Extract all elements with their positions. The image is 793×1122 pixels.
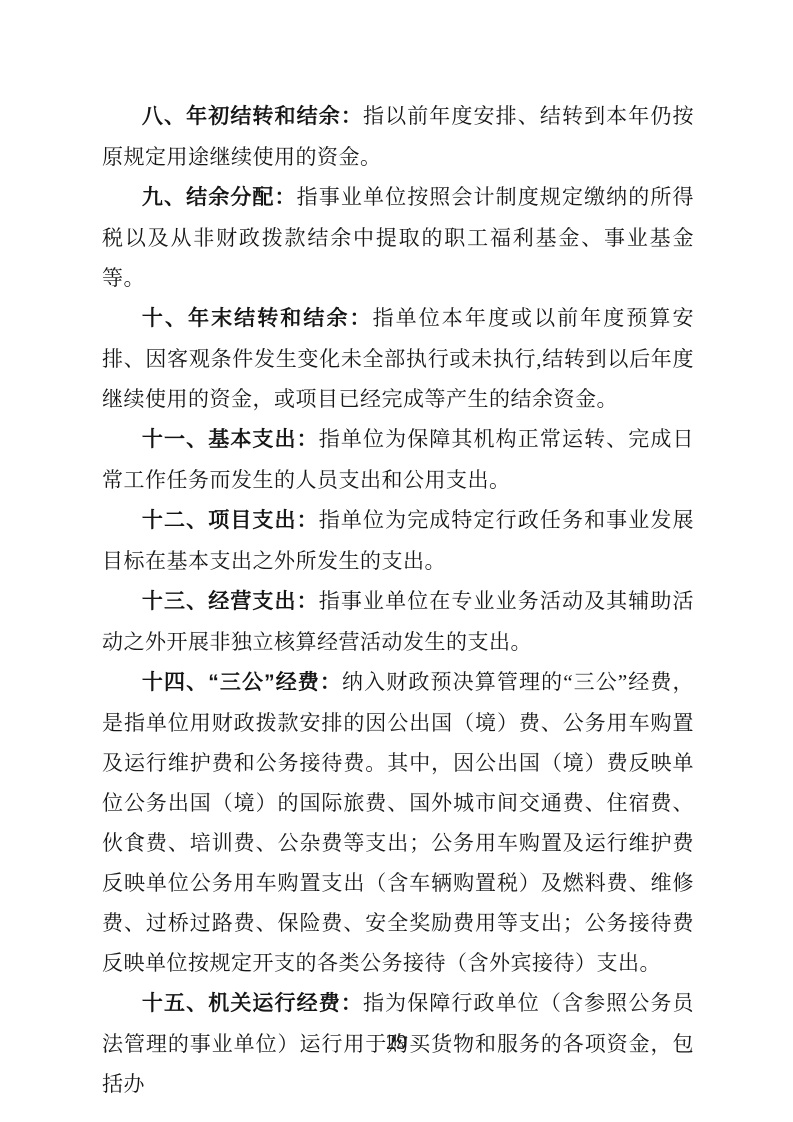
term-label-11: 十一、基本支出： bbox=[142, 428, 319, 451]
document-page: 八、年初结转和结余：指以前年度安排、结转到本年仍按原规定用途继续使用的资金。 九… bbox=[0, 0, 793, 1122]
definition-item-12: 十二、项目支出：指单位为完成特定行政任务和事业发展目标在基本支出之外所发生的支出… bbox=[102, 500, 694, 581]
term-label-15: 十五、机关运行经费： bbox=[142, 992, 363, 1015]
term-label-14: 十四、“三公”经费： bbox=[142, 671, 342, 694]
glossary-text-block: 八、年初结转和结余：指以前年度安排、结转到本年仍按原规定用途继续使用的资金。 九… bbox=[102, 96, 694, 1104]
definition-item-11: 十一、基本支出：指单位为保障其机构正常运转、完成日常工作任务而发生的人员支出和公… bbox=[102, 419, 694, 500]
term-label-13: 十三、经营支出： bbox=[142, 590, 319, 613]
definition-item-14: 十四、“三公”经费：纳入财政预决算管理的“三公”经费，是指单位用财政拨款安排的因… bbox=[102, 662, 694, 983]
definition-item-9: 九、结余分配：指事业单位按照会计制度规定缴纳的所得税以及从非财政拨款结余中提取的… bbox=[102, 177, 694, 298]
term-label-9: 九、结余分配： bbox=[142, 186, 297, 209]
term-label-10: 十、年末结转和结余： bbox=[142, 307, 373, 330]
definition-text-14: 纳入财政预决算管理的“三公”经费，是指单位用财政拨款安排的因公出国（境）费、公务… bbox=[102, 670, 694, 975]
term-label-8: 八、年初结转和结余： bbox=[142, 105, 363, 128]
definition-item-13: 十三、经营支出：指事业单位在专业业务活动及其辅助活动之外开展非独立核算经营活动发… bbox=[102, 581, 694, 662]
term-label-12: 十二、项目支出： bbox=[142, 509, 319, 532]
page-number: 29 bbox=[0, 1028, 793, 1056]
definition-item-10: 十、年末结转和结余：指单位本年度或以前年度预算安排、因客观条件发生变化未全部执行… bbox=[102, 298, 694, 419]
definition-item-8: 八、年初结转和结余：指以前年度安排、结转到本年仍按原规定用途继续使用的资金。 bbox=[102, 96, 694, 177]
